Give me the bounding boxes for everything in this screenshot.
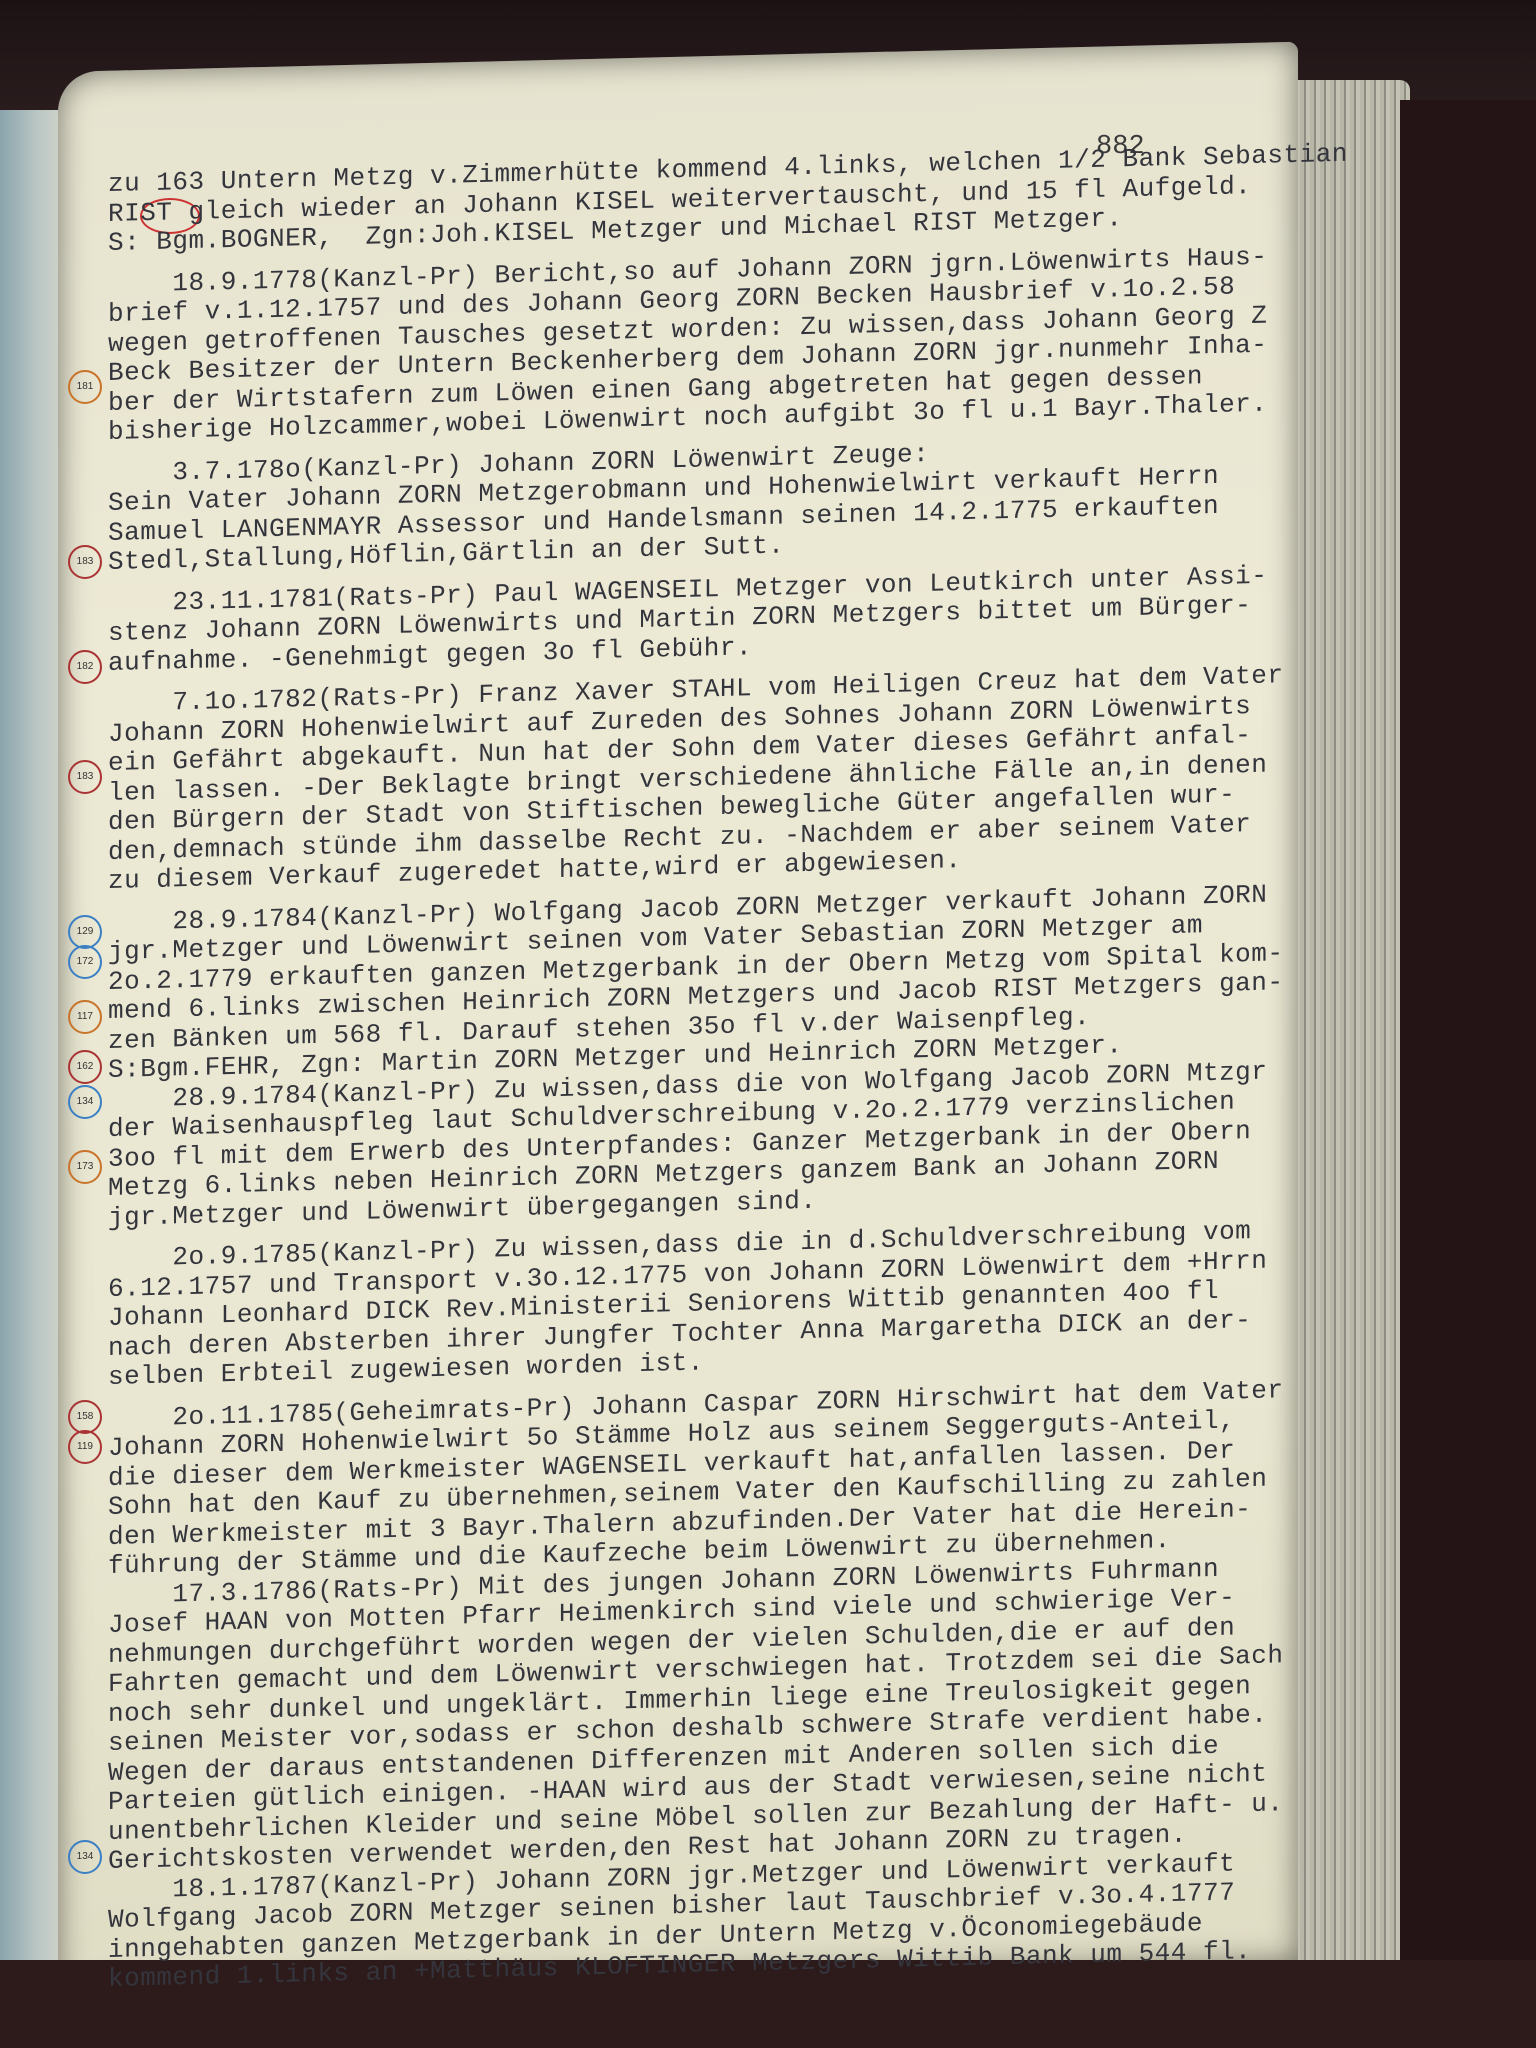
margin-reference-circle: 173: [68, 1150, 102, 1184]
margin-reference-circle: 134: [68, 1840, 102, 1874]
margin-reference-circle: 119: [68, 1430, 102, 1464]
margin-reference-circle: 181: [68, 370, 102, 404]
margin-reference-circle: 158: [68, 1400, 102, 1434]
margin-reference-circle: 129: [68, 915, 102, 949]
paragraph: 3.7.178o(Kanzl-Pr) Johann ZORN Löwenwirt…: [108, 430, 1308, 577]
margin-reference-circle: 183: [68, 545, 102, 579]
typed-text-body: zu 163 Untern Metzg v.Zimmerhütte kommen…: [108, 141, 1308, 2007]
paragraph: 28.9.1784(Kanzl-Pr) Wolfgang Jacob ZORN …: [108, 879, 1308, 1233]
facing-page-edge: [0, 110, 64, 1960]
paragraph: 18.9.1778(Kanzl-Pr) Bericht,so auf Johan…: [108, 241, 1308, 447]
margin-reference-circle: 182: [68, 650, 102, 684]
margin-reference-circle: 172: [68, 945, 102, 979]
book-cover: [1400, 100, 1536, 2000]
paragraph: 7.1o.1782(Rats-Pr) Franz Xaver STAHL vom…: [108, 661, 1308, 897]
margin-reference-circle: 134: [68, 1085, 102, 1119]
paragraph: 23.11.1781(Rats-Pr) Paul WAGENSEIL Metzg…: [108, 560, 1308, 678]
paragraph: 2o.11.1785(Geheimrats-Pr) Johann Caspar …: [108, 1375, 1308, 1994]
page-edges: [1290, 80, 1410, 1970]
margin-reference-circle: 117: [68, 1000, 102, 1034]
margin-reference-circle: 162: [68, 1050, 102, 1084]
paragraph: 2o.9.1785(Kanzl-Pr) Zu wissen,dass die i…: [108, 1216, 1308, 1393]
margin-reference-circle: 183: [68, 760, 102, 794]
